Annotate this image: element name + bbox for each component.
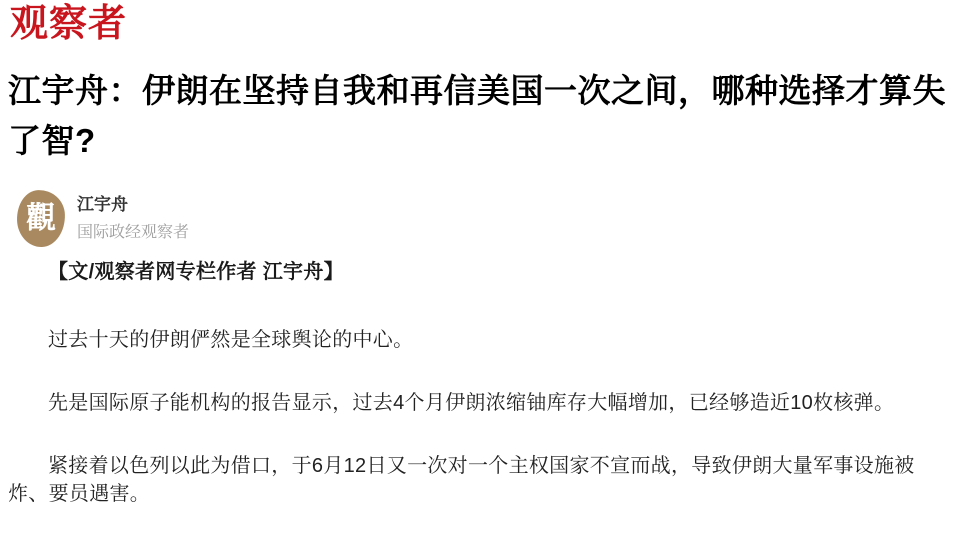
author-bio: 国际政经观察者 (77, 223, 189, 243)
author-avatar[interactable]: 觀 (16, 189, 66, 248)
article-body: 【文/观察者网专栏作者 江宇舟】 过去十天的伊朗俨然是全球舆论的中心。 先是国际… (8, 258, 952, 540)
article-page: 观察者 江宇舟：伊朗在坚持自我和再信美国一次之间，哪种选择才算失了智? 觀 江宇… (0, 0, 960, 540)
article-title: 江宇舟：伊朗在坚持自我和再信美国一次之间，哪种选择才算失了智? (8, 66, 956, 166)
seal-stamp-icon: 觀 (26, 204, 56, 234)
author-meta: 江宇舟 国际政经观察者 (77, 194, 189, 243)
body-paragraph: 过去十天的伊朗俨然是全球舆论的中心。 (8, 326, 952, 354)
site-logo[interactable]: 观察者 (10, 2, 127, 46)
body-paragraph: 紧接着以色列以此为借口，于6月12日又一次对一个主权国家不宣而战，导致伊朗大量军… (8, 452, 952, 508)
author-name[interactable]: 江宇舟 (77, 194, 189, 216)
body-paragraph: 先是国际原子能机构的报告显示，过去4个月伊朗浓缩铀库存大幅增加，已经够造近10枚… (8, 389, 952, 417)
byline-paragraph: 【文/观察者网专栏作者 江宇舟】 (8, 258, 952, 286)
author-card: 觀 江宇舟 国际政经观察者 (17, 190, 189, 247)
